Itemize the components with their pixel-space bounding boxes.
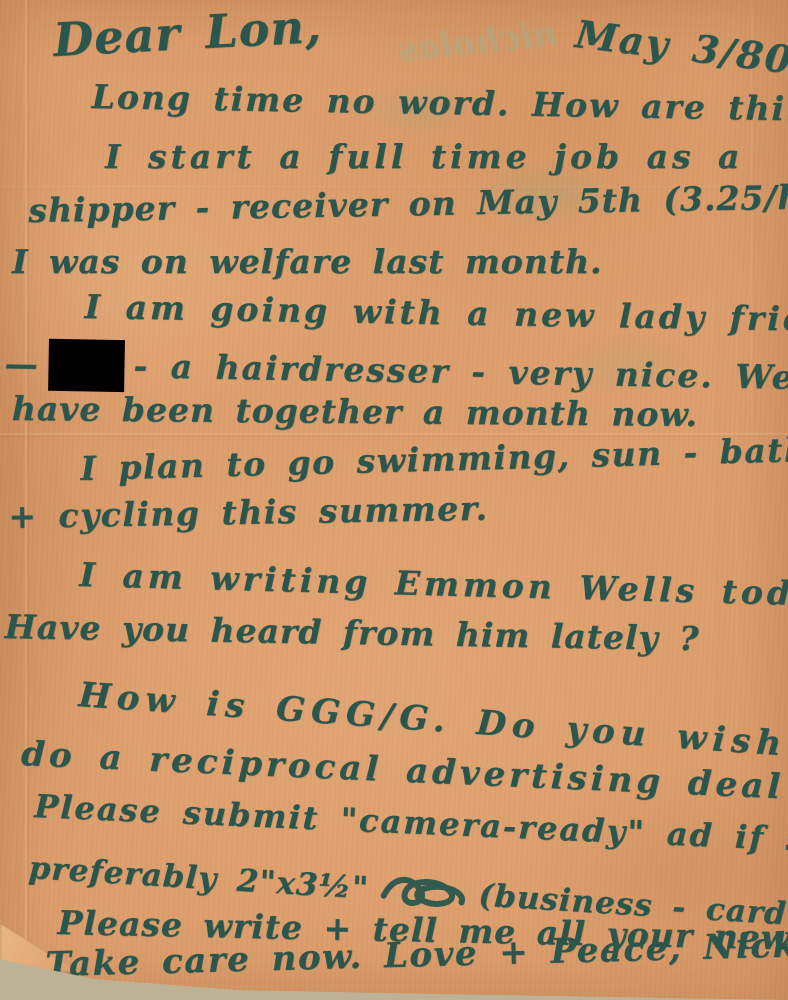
redaction-box — [48, 339, 125, 392]
letter-line: I start a full time job as a — [105, 140, 743, 175]
letter-line: + cycling this summer. — [8, 492, 489, 535]
redacted-line-prefix: — — [4, 347, 40, 382]
redacted-line-suffix: - a hairdresser - very nice. We — [133, 349, 788, 395]
letter-line: I plan to go swimming, sun - bathing — [80, 431, 788, 486]
scribbled-out-word — [377, 869, 471, 915]
letter-line: Long time no word. How are things? — [91, 80, 788, 128]
letter-line: I was on welfare last month. — [12, 245, 603, 280]
letter-line: have been together a month now. — [12, 392, 698, 433]
salutation: Dear Lon, — [52, 2, 323, 64]
letter-line: I am going with a new lady friend — [84, 290, 788, 338]
letter-paper: nicholas Dear Lon, May 3/80 Long time no… — [0, 0, 788, 1000]
letter-line: I am writing Emmon Wells today. — [79, 558, 788, 613]
ink-bleedthrough-ghost-text: nicholas — [396, 14, 559, 70]
letter-line: Have you heard from him lately ? — [4, 610, 699, 657]
scanned-letter-page: nicholas Dear Lon, May 3/80 Long time no… — [0, 0, 788, 1000]
letter-line: shipper - receiver on May 5th (3.25/hour… — [28, 179, 788, 229]
letter-date: May 3/80 — [573, 14, 788, 80]
ad-size-text: preferably 2"x3½" — [28, 852, 370, 905]
